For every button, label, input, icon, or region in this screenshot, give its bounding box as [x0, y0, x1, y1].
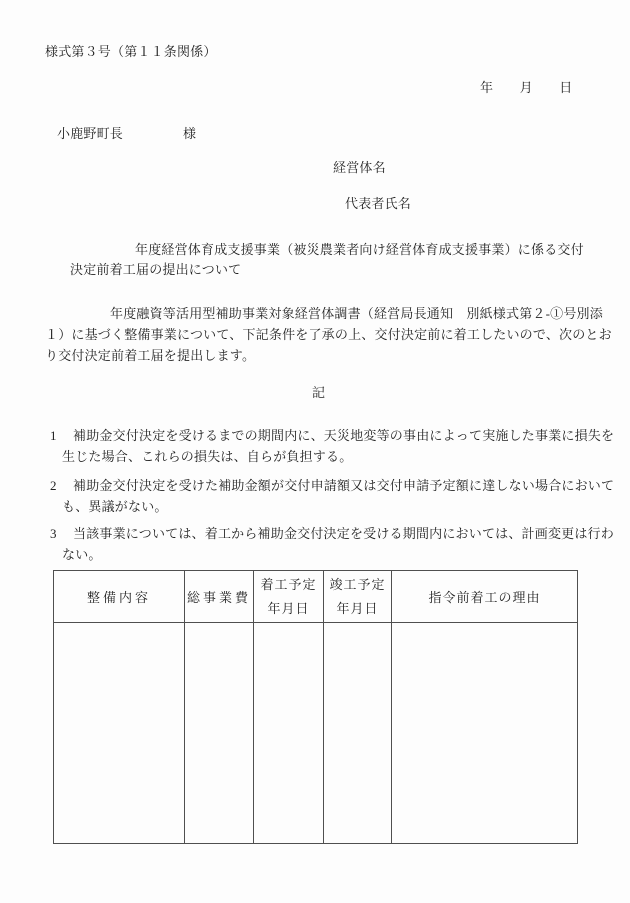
column-header-start-date: 着工予定 年月日 — [254, 571, 324, 623]
condition-1-line-2: 生じた場合、これらの損失は、自らが負担する。 — [62, 449, 352, 465]
condition-2-number: 2 — [50, 478, 57, 494]
column-header-label: 整備内容 — [87, 590, 151, 605]
subject-line-2: 決定前着工届の提出について — [70, 262, 241, 278]
column-header-completion-date: 竣工予定 年月日 — [324, 571, 392, 623]
subject-line-1: 年度経営体育成支援事業（被災農業者向け経営体育成支援事業）に係る交付 — [135, 242, 584, 258]
column-header-label-line-2: 年月日 — [254, 597, 323, 621]
column-header-label-line-1: 着工予定 — [254, 573, 323, 597]
body-line-2: １）に基づく整備事業について、下記条件を了承の上、交付決定前に着工したいので、次… — [45, 327, 612, 343]
table-header-row: 整備内容 総事業費 着工予定 年月日 竣工予定 年月日 指令前着工の理由 — [54, 571, 578, 623]
table-cell-completion-date — [324, 623, 392, 844]
condition-1-line-1: 補助金交付決定を受けるまでの期間内に、天災地変等の事由によって実施した事業に損失… — [73, 428, 614, 444]
body-line-1: 年度融資等活用型補助事業対象経営体調書（経営局長通知 別紙様式第２-①号別添 — [110, 306, 603, 322]
column-header-reason: 指令前着工の理由 — [392, 571, 578, 623]
column-header-label: 総事業費 — [187, 590, 251, 605]
ki-heading: 記 — [312, 385, 325, 401]
table-cell-total-cost — [185, 623, 254, 844]
column-header-label-line-2: 年月日 — [324, 597, 391, 621]
work-schedule-table: 整備内容 総事業費 着工予定 年月日 竣工予定 年月日 指令前着工の理由 — [53, 570, 578, 844]
condition-3-line-1: 当該事業については、着工から補助金交付決定を受ける期間内においては、計画変更は行… — [73, 526, 614, 542]
column-header-total-cost: 総事業費 — [185, 571, 254, 623]
recipient-name: 小鹿野町長 — [57, 126, 123, 142]
body-line-3: り交付決定前着工届を提出します。 — [45, 348, 255, 364]
table-cell-start-date — [254, 623, 324, 844]
representative-name-label: 代表者氏名 — [345, 196, 411, 212]
condition-3-number: 3 — [50, 526, 57, 542]
date-line: 年 月 日 — [480, 80, 572, 96]
condition-3-line-2: ない。 — [62, 547, 102, 563]
column-header-maintenance-content: 整備内容 — [54, 571, 185, 623]
document-page: 様式第３号（第１１条関係） 年 月 日 小鹿野町長 様 経営体名 代表者氏名 年… — [0, 0, 630, 903]
recipient-honorific: 様 — [183, 126, 196, 142]
condition-1-number: 1 — [50, 428, 57, 444]
table-cell-reason — [392, 623, 578, 844]
form-number: 様式第３号（第１１条関係） — [45, 44, 217, 60]
entity-name-label: 経営体名 — [333, 160, 386, 176]
condition-2-line-2: も、異議がない。 — [62, 499, 168, 515]
table-body-row — [54, 623, 578, 844]
table-cell-maintenance-content — [54, 623, 185, 844]
column-header-label-line-1: 竣工予定 — [324, 573, 391, 597]
condition-2-line-1: 補助金交付決定を受けた補助金額が交付申請額又は交付申請予定額に達しない場合におい… — [73, 478, 614, 494]
column-header-label: 指令前着工の理由 — [428, 590, 540, 605]
